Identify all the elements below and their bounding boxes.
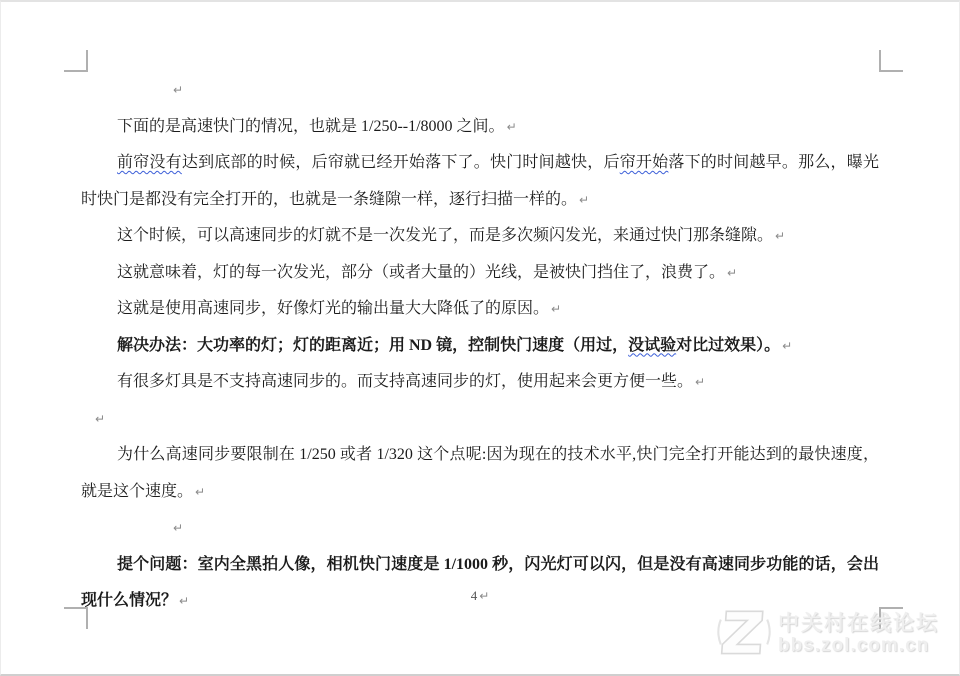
paragraph-mark: ↵ bbox=[171, 521, 183, 535]
paragraph-light-wasted[interactable]: 这就意味着，灯的每一次发光，部分（或者大量的）光线，是被快门挡住了，浪费了。↵ bbox=[81, 255, 879, 292]
paragraph-mark: ↵ bbox=[477, 589, 489, 603]
paragraph-output-reduced[interactable]: 这就是使用高速同步，好像灯光的输出量大大降低了的原因。↵ bbox=[81, 291, 879, 328]
paragraph-mark: ↵ bbox=[725, 266, 737, 280]
empty-paragraph[interactable]: ↵ bbox=[81, 72, 879, 109]
paragraph-text: 有很多灯具是不支持高速同步的。而支持高速同步的灯，使用起来会更方便一些。 bbox=[117, 373, 693, 390]
margin-crop-mark-top-right bbox=[879, 50, 903, 72]
spellcheck-flagged-text: 前帘没有 bbox=[117, 154, 182, 171]
paragraph-light-support[interactable]: 有很多灯具是不支持高速同步的。而支持高速同步的灯，使用起来会更方便一些。↵ bbox=[81, 364, 879, 401]
paragraph-curtain-explanation[interactable]: 前帘没有达到底部的时候，后帘就已经开始落下了。快门时间越快，后帘开始落下的时间越… bbox=[81, 145, 879, 218]
document-body[interactable]: ↵ 下面的是高速快门的情况，也就是 1/250--1/8000 之间。↵ 前帘没… bbox=[81, 72, 879, 620]
paragraph-solution[interactable]: 解决办法：大功率的灯；灯的距离近；用 ND 镜，控制快门速度（用过，没试验对比过… bbox=[81, 328, 879, 365]
empty-paragraph[interactable]: ↵ bbox=[81, 401, 879, 438]
watermark-text: 中关村在线论坛 bbs.zol.com.cn bbox=[778, 612, 939, 657]
paragraph-mark: ↵ bbox=[549, 302, 561, 316]
paragraph-text: 达到底部的时候，后帘就已经开始落下了。快门时间越快，后 bbox=[182, 154, 620, 171]
margin-crop-mark-top-left bbox=[64, 50, 88, 72]
paragraph-mark: ↵ bbox=[693, 375, 705, 389]
zol-logo-icon bbox=[715, 606, 773, 663]
empty-paragraph[interactable]: ↵ bbox=[81, 510, 879, 547]
paragraph-text: 解决办法：大功率的灯；灯的距离近；用 ND 镜，控制快门速度（用过， bbox=[117, 337, 628, 354]
paragraph-mark: ↵ bbox=[780, 339, 792, 353]
watermark-site-name: 中关村在线论坛 bbox=[778, 612, 939, 635]
paragraph-mark: ↵ bbox=[505, 120, 517, 134]
paragraph-mark: ↵ bbox=[193, 485, 205, 499]
spellcheck-flagged-text: 帘开始 bbox=[620, 154, 669, 171]
paragraph-mark: ↵ bbox=[773, 229, 785, 243]
paragraph-hss-strobe[interactable]: 这个时候，可以高速同步的灯就不是一次发光了，而是多次频闪发光，来通过快门那条缝隙… bbox=[81, 218, 879, 255]
paragraph-text: 这就意味着，灯的每一次发光，部分（或者大量的）光线，是被快门挡住了，浪费了。 bbox=[117, 264, 725, 281]
paragraph-text: 下面的是高速快门的情况，也就是 1/250--1/8000 之间。 bbox=[117, 118, 505, 135]
watermark-site-url: bbs.zol.com.cn bbox=[778, 635, 939, 657]
zol-watermark: 中关村在线论坛 bbs.zol.com.cn bbox=[715, 606, 939, 663]
paragraph-mark: ↵ bbox=[577, 193, 589, 207]
paragraph-sync-limit[interactable]: 为什么高速同步要限制在 1/250 或者 1/320 这个点呢:因为现在的技术水… bbox=[81, 437, 879, 510]
paragraph-shutter-range[interactable]: 下面的是高速快门的情况，也就是 1/250--1/8000 之间。↵ bbox=[81, 109, 879, 146]
document-page: ↵ 下面的是高速快门的情况，也就是 1/250--1/8000 之间。↵ 前帘没… bbox=[0, 0, 960, 676]
page-footer: 4↵ bbox=[81, 588, 879, 604]
paragraph-text: 这就是使用高速同步，好像灯光的输出量大大降低了的原因。 bbox=[117, 300, 549, 317]
spellcheck-flagged-text: 没试验 bbox=[628, 337, 676, 354]
paragraph-mark: ↵ bbox=[93, 412, 105, 426]
paragraph-mark: ↵ bbox=[171, 83, 183, 97]
paragraph-text: 对比过效果）。 bbox=[676, 337, 780, 354]
paragraph-text: 这个时候，可以高速同步的灯就不是一次发光了，而是多次频闪发光，来通过快门那条缝隙… bbox=[117, 227, 773, 244]
